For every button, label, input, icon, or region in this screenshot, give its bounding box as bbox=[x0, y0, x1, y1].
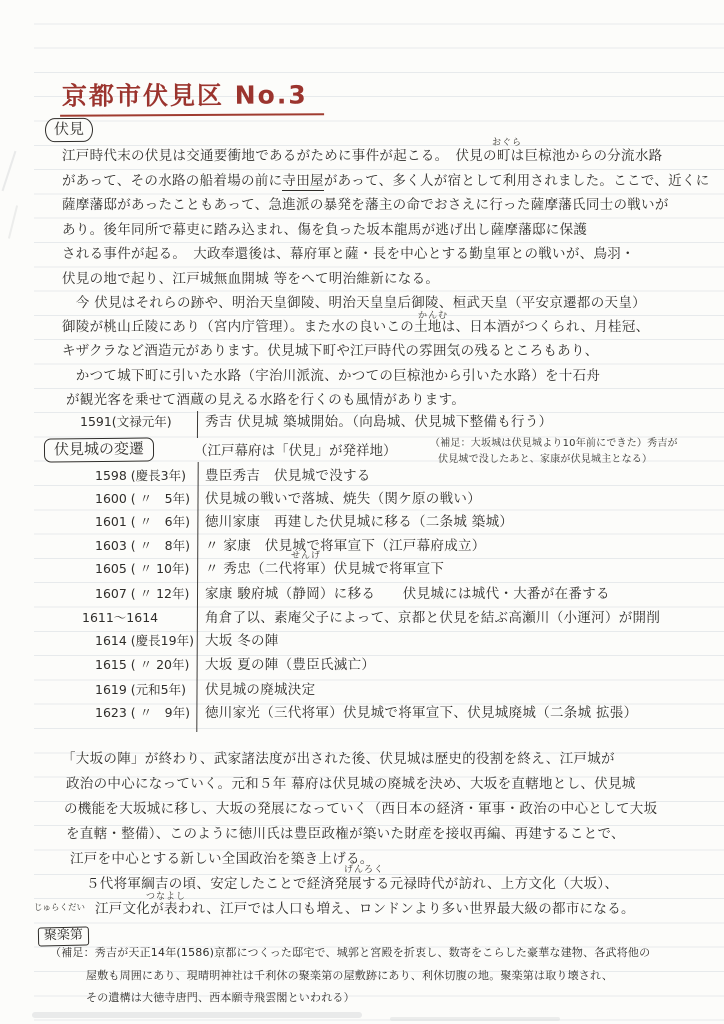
section-header-fushimijo-hensen: 伏見城の変遷 bbox=[44, 437, 154, 462]
timeline-year: 1611〜1614 bbox=[82, 610, 158, 626]
text-line: される事件が起る。 大政奉還後は、幕府軍と薩・長を中心とする勤皇軍との戦いが、鳥… bbox=[62, 246, 635, 263]
side-note-line: （補足：大坂城は伏見城より10年前にできた）秀吉が bbox=[430, 438, 678, 451]
timeline-event: 大坂 冬の陣 bbox=[205, 633, 279, 650]
timeline-event: 徳川家康 再建した伏見城に移る（二条城 築城） bbox=[205, 514, 513, 531]
text-line: 屋敷も周囲にあり、現晴明神社は千利休の聚楽第の屋敷跡にあり、利休切腹の地。聚楽第… bbox=[86, 969, 613, 983]
timeline-year: 1591(文禄元年) bbox=[80, 414, 172, 430]
timeline-year: 1603 ( 〃 8年) bbox=[95, 538, 190, 554]
text-line: 伏見の地で起り、江戸城無血開城 等をへて明治維新になる。 bbox=[62, 271, 439, 288]
timeline-event: 〃 家康 伏見城で将軍宣下（江戸幕府成立） bbox=[205, 538, 486, 555]
timeline-year: 1615 ( 〃 20年) bbox=[95, 657, 189, 673]
timeline-row: 1615 ( 〃 20年) 大坂 夏の陣（豊臣氏滅亡） bbox=[0, 657, 724, 681]
furigana-jurakudai: じゅらくだい bbox=[34, 903, 85, 914]
scan-artifact bbox=[8, 205, 18, 238]
timeline-event: 伏見城の廃城決定 bbox=[205, 682, 315, 699]
timeline-event: 〃 秀忠（二代将軍）伏見城で将軍宣下 bbox=[205, 561, 444, 578]
timeline-row: 1607 ( 〃 12年) 家康 駿府城（静岡）に移る 伏見城には城代・大番が在… bbox=[0, 586, 724, 610]
text-line: ５代将軍綱吉の頃、安定したことで経済発展する元禄時代が訪れ、上方文化（大坂）、 bbox=[86, 876, 618, 893]
section-header-fushimi: 伏見 bbox=[45, 118, 93, 142]
text-line: 「大坂の陣」が終わり、武家諸法度が出された後、伏見城は歴史的役割を終え、江戸城が bbox=[62, 751, 615, 768]
text-line: 江戸を中心とする新しい全国政治を築き上げる。 bbox=[70, 851, 374, 868]
scan-smudge bbox=[32, 1012, 362, 1018]
section-header-subtitle: （江戸幕府は「伏見」が発祥地） bbox=[194, 443, 397, 460]
notebook-page: 京都市伏見区 No.3 伏見 おぐら かんむ 江戸時代末の伏見は交通要衝地である… bbox=[0, 0, 724, 1024]
timeline-year: 1598 (慶長3年) bbox=[95, 468, 186, 484]
timeline-event: 家康 駿府城（静岡）に移る 伏見城には城代・大番が在番する bbox=[205, 586, 610, 603]
timeline-event: 伏見城の戦いで落城、焼失（関ケ原の戦い） bbox=[205, 491, 481, 508]
timeline-year: 1623 ( 〃 9年) bbox=[95, 705, 190, 721]
timeline-row: 1619 (元和5年) 伏見城の廃城決定 bbox=[0, 682, 724, 706]
timeline-row: 1598 (慶長3年) 豊臣秀吉 伏見城で没する bbox=[0, 468, 724, 492]
section-header-jurakudai: 聚楽第 bbox=[38, 926, 89, 946]
timeline-row: 1614 (慶長19年) 大坂 冬の陣 bbox=[0, 633, 724, 657]
page-title: 京都市伏見区 No.3 bbox=[60, 79, 324, 117]
timeline-event: 徳川家光（三代将軍）伏見城で将軍宣下、伏見城廃城（二条城 拡張） bbox=[205, 705, 637, 722]
text-line: が観光客を乗せて酒蔵の見える水路を行くのも風情があります。 bbox=[66, 392, 465, 409]
timeline-year: 1607 ( 〃 12年) bbox=[95, 586, 189, 602]
timeline-year: 1605 ( 〃 10年) bbox=[95, 561, 189, 577]
text-line: を直轄・整備）、このように徳川氏は豊臣政権が築いた財産を接収再編、再建することで… bbox=[66, 826, 625, 843]
timeline-year: 1601 ( 〃 6年) bbox=[95, 514, 190, 530]
timeline-event: 角倉了以、素庵父子によって、京都と伏見を結ぶ高瀬川（小運河）が開削 bbox=[205, 610, 660, 627]
timeline-year: 1619 (元和5年) bbox=[95, 682, 186, 698]
timeline-row: 1601 ( 〃 6年) 徳川家康 再建した伏見城に移る（二条城 築城） bbox=[0, 514, 724, 538]
text-line: があって、その水路の船着場の前に寺田屋があって、多く人が宿として利用されました。… bbox=[62, 173, 710, 190]
timeline-year: 1600 ( 〃 5年) bbox=[95, 491, 190, 507]
text-line: （補足：秀吉が天正14年(1586)京都につくった邸宅で、城郭と宮殿を折衷し、数… bbox=[50, 946, 650, 960]
timeline-event: 豊臣秀吉 伏見城で没する bbox=[205, 468, 371, 485]
text-segment: があって、多く人が宿として利用されました。ここで、近くに bbox=[324, 173, 710, 189]
text-segment: があって、その水路の船着場の前に bbox=[62, 173, 282, 189]
timeline-row: 1603 ( 〃 8年) 〃 家康 伏見城で将軍宣下（江戸幕府成立） bbox=[0, 538, 724, 562]
text-line: かつて城下町に引いた水路（宇治川派流、かつての巨椋池から引いた水路）を十石舟 bbox=[62, 368, 600, 385]
timeline-event: 大坂 夏の陣（豊臣氏滅亡） bbox=[205, 657, 375, 674]
text-line: 薩摩藩邸があったこともあって、急進派の暴発を藩主の命でおさえに行った薩摩藩氏同士… bbox=[62, 197, 669, 214]
text-line: の機能を大坂城に移し、大坂の発展になっていく（西日本の経済・軍事・政治の中心とし… bbox=[64, 801, 657, 818]
text-line: 江戸文化が表われ、江戸では人口も増え、ロンドンより多い世界最大級の都市になる。 bbox=[95, 901, 635, 918]
text-line: 今 伏見はそれらの跡や、明治天皇御陵、明治天皇皇后御陵、桓武天皇（平安京遷都の天… bbox=[62, 295, 646, 312]
timeline-row: 1600 ( 〃 5年) 伏見城の戦いで落城、焼失（関ケ原の戦い） bbox=[0, 491, 724, 515]
timeline-row: 1623 ( 〃 9年) 徳川家光（三代将軍）伏見城で将軍宣下、伏見城廃城（二条… bbox=[0, 705, 724, 729]
timeline-row: 1591(文禄元年) 秀吉 伏見城 築城開始。（向島城、伏見城下整備も行う） bbox=[0, 414, 724, 438]
timeline-year: 1614 (慶長19年) bbox=[95, 633, 194, 649]
text-line: その遺構は大徳寺唐門、西本願寺飛雲閣といわれる） bbox=[86, 991, 355, 1005]
underlined-term-teradaya: 寺田屋 bbox=[282, 173, 323, 191]
text-line: キザクラなど酒造元があります。伏見城下町や江戸時代の雰囲気の残るところもあり、 bbox=[62, 343, 599, 360]
scan-artifact bbox=[2, 151, 17, 192]
scan-smudge bbox=[390, 1017, 560, 1021]
timeline-event: 秀吉 伏見城 築城開始。（向島城、伏見城下整備も行う） bbox=[205, 414, 552, 431]
timeline-row: 1611〜1614 角倉了以、素庵父子によって、京都と伏見を結ぶ高瀬川（小運河）… bbox=[0, 610, 724, 634]
side-note-line: 伏見城で没したあと、家康が伏見城主となる） bbox=[438, 454, 652, 467]
timeline-row: 1605 ( 〃 10年) 〃 秀忠（二代将軍）伏見城で将軍宣下 bbox=[0, 561, 724, 585]
text-line: あり。後年同所で幕吏に踏み込まれ、傷を負った坂本龍馬が逃げ出し薩摩藩邸に保護 bbox=[62, 222, 587, 239]
furigana-genroku: げんろく bbox=[344, 865, 384, 876]
text-line: 御陵が桃山丘陵にあり（宮内庁管理）。また水の良いこの土地は、日本酒がつくられ、月… bbox=[62, 319, 649, 336]
text-line: 政治の中心になっていく。元和５年 幕府は伏見城の廃城を決め、大坂を直轄地とし、伏… bbox=[66, 776, 636, 793]
text-line: 江戸時代末の伏見は交通要衝地であるがために事件が起こる。 伏見の町は巨椋池からの… bbox=[62, 148, 662, 165]
